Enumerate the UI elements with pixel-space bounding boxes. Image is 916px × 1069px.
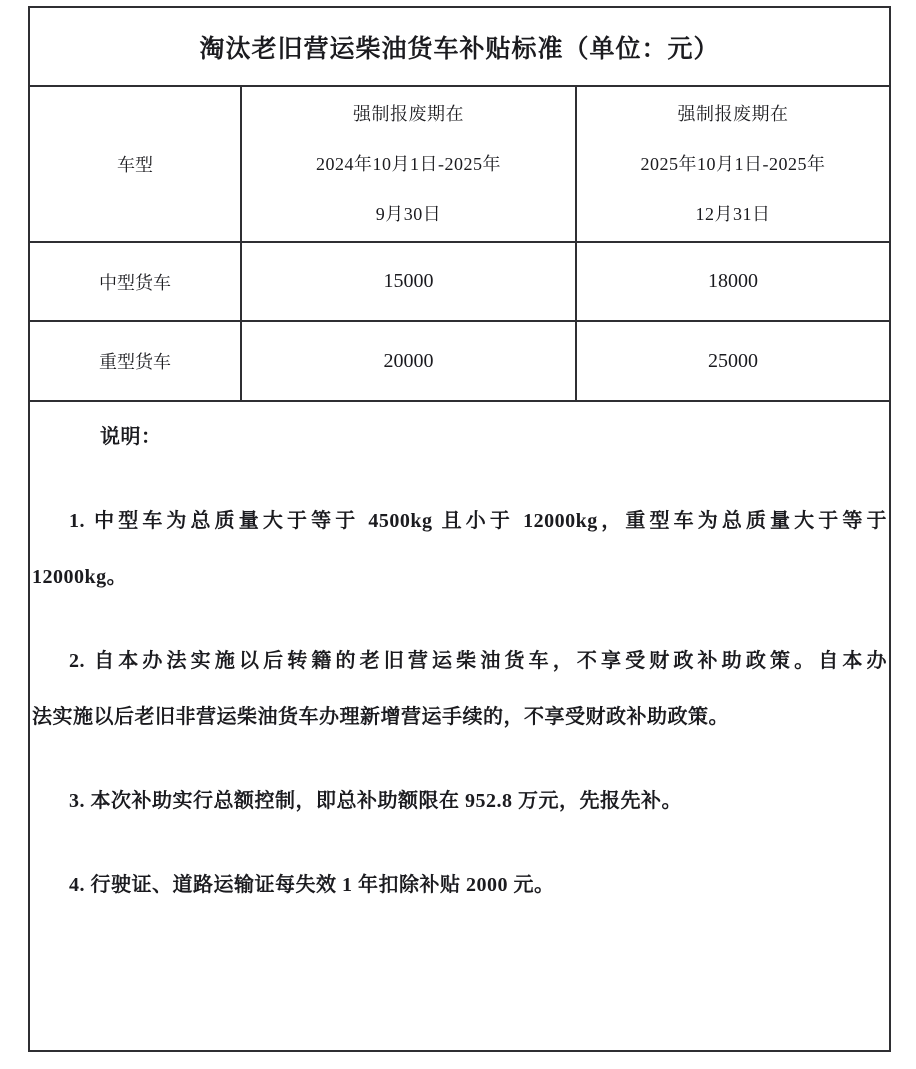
note-3: 3. 本次补助实行总额控制，即总补助额限在 952.8 万元，先报先补。	[32, 773, 887, 829]
header-period-2-line-1: 强制报废期在	[678, 89, 789, 139]
row-medium-truck-period1-amount: 15000	[242, 243, 577, 322]
header-period-1-line-2: 2024年10月1日-2025年	[316, 139, 501, 189]
note-4: 4. 行驶证、道路运输证每失效 1 年扣除补贴 2000 元。	[32, 857, 887, 913]
header-period-2-line-2: 2025年10月1日-2025年	[641, 139, 826, 189]
document-page: 淘汰老旧营运柴油货车补贴标准（单位：元） 车型 强制报废期在 2024年10月1…	[0, 0, 916, 1069]
row-medium-truck-type: 中型货车	[30, 243, 242, 322]
header-period-1: 强制报废期在 2024年10月1日-2025年 9月30日	[242, 87, 577, 243]
row-heavy-truck-period1-amount: 20000	[242, 322, 577, 402]
header-period-1-line-3: 9月30日	[376, 189, 442, 239]
note-1: 1. 中型车为总质量大于等于 4500kg 且小于 12000kg，重型车为总质…	[32, 493, 887, 605]
table-title: 淘汰老旧营运柴油货车补贴标准（单位：元）	[30, 8, 889, 87]
note-1-line-2: 12000kg。	[32, 549, 887, 605]
row-heavy-truck-type: 重型货车	[30, 322, 242, 402]
header-period-2: 强制报废期在 2025年10月1日-2025年 12月31日	[577, 87, 889, 243]
header-period-1-line-1: 强制报废期在	[353, 89, 464, 139]
note-4-line-1: 4. 行驶证、道路运输证每失效 1 年扣除补贴 2000 元。	[32, 857, 887, 913]
note-2: 2. 自本办法实施以后转籍的老旧营运柴油货车，不享受财政补助政策。自本办 法实施…	[32, 633, 887, 745]
row-medium-truck-period2-amount: 18000	[577, 243, 889, 322]
notes-heading: 说明：	[32, 409, 887, 465]
notes-section: 说明： 1. 中型车为总质量大于等于 4500kg 且小于 12000kg，重型…	[30, 402, 889, 1050]
note-3-line-1: 3. 本次补助实行总额控制，即总补助额限在 952.8 万元，先报先补。	[32, 773, 887, 829]
header-period-2-line-3: 12月31日	[696, 189, 771, 239]
row-heavy-truck-period2-amount: 25000	[577, 322, 889, 402]
note-2-line-2: 法实施以后老旧非营运柴油货车办理新增营运手续的，不享受财政补助政策。	[32, 689, 887, 745]
note-2-line-1: 2. 自本办法实施以后转籍的老旧营运柴油货车，不享受财政补助政策。自本办	[32, 633, 887, 689]
subsidy-table: 淘汰老旧营运柴油货车补贴标准（单位：元） 车型 强制报废期在 2024年10月1…	[28, 6, 891, 1052]
header-vehicle-type: 车型	[30, 87, 242, 243]
note-1-line-1: 1. 中型车为总质量大于等于 4500kg 且小于 12000kg，重型车为总质…	[32, 493, 887, 549]
